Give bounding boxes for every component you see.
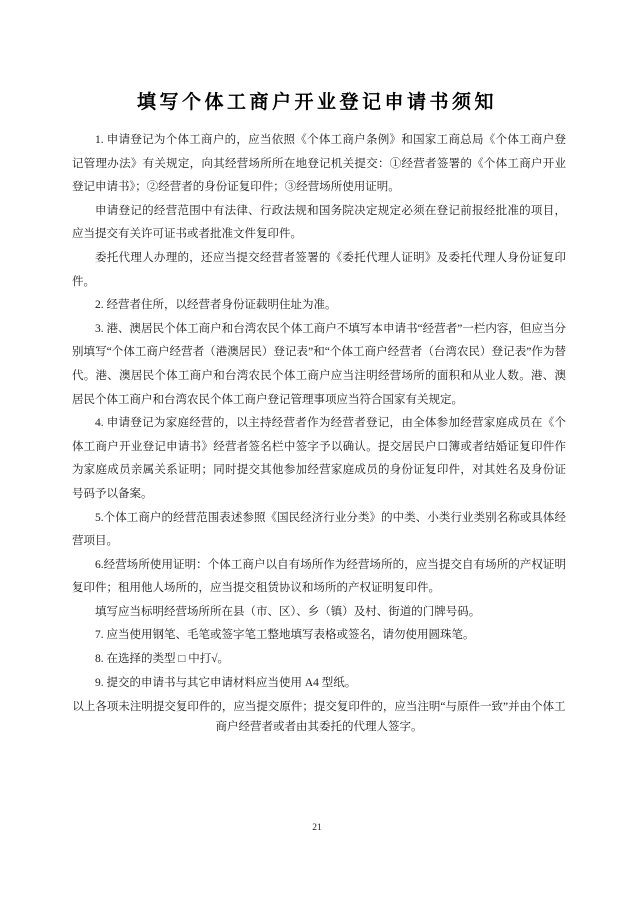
paragraph-item-6: 6.经营场所使用证明：个体工商户以自有场所作为经营场所的，应当提交自有场所的产权… (72, 554, 566, 601)
paragraph-item-1: 1. 申请登记为个体工商户的，应当依照《个体工商户条例》和国家工商总局《个体工商… (72, 129, 566, 200)
paragraph-item-7: 7. 应当使用钢笔、毛笔或签字笔工整地填写表格或签名，请勿使用圆珠笔。 (72, 624, 566, 648)
paragraph-item-5: 5.个体工商户的经营范围表述参照《国民经济行业分类》的中类、小类行业类别名称或具… (72, 507, 566, 554)
paragraph-address-detail: 填写应当标明经营场所所在县（市、区）、乡（镇）及村、街道的门牌号码。 (72, 601, 566, 625)
paragraph-closing-note: 以上各项未注明提交复印件的，应当提交原件；提交复印件的，应当注明“与原件一致”并… (72, 697, 566, 737)
paragraph-item-4: 4. 申请登记为家庭经营的，以主持经营者作为经营者登记，由全体参加经营家庭成员在… (72, 412, 566, 506)
paragraph-agent-proof: 委托代理人办理的，还应当提交经营者签署的《委托代理人证明》及委托代理人身份证复印… (72, 247, 566, 294)
paragraph-scope-approval: 申请登记的经营范围中有法律、行政法规和国务院决定规定必须在登记前报经批准的项目，… (72, 200, 566, 247)
paragraph-item-8-checkbox-note: 8. 在选择的类型 □ 中打√。 (72, 648, 566, 672)
document-page: 填写个体工商户开业登记申请书须知 1. 申请登记为个体工商户的，应当依照《个体工… (0, 0, 634, 898)
paragraph-item-9: 9. 提交的申请书与其它申请材料应当使用 A4 型纸。 (72, 672, 566, 696)
page-title: 填写个体工商户开业登记申请书须知 (0, 0, 634, 116)
document-body: 1. 申请登记为个体工商户的，应当依照《个体工商户条例》和国家工商总局《个体工商… (72, 129, 566, 737)
page-number: 21 (312, 823, 322, 833)
page-footer: 21 (0, 823, 634, 833)
paragraph-item-2: 2. 经营者住所，以经营者身份证载明住址为准。 (72, 294, 566, 318)
paragraph-item-3: 3. 港、澳居民个体工商户和台湾农民个体工商户不填写本申请书“经营者”一栏内容，… (72, 318, 566, 412)
